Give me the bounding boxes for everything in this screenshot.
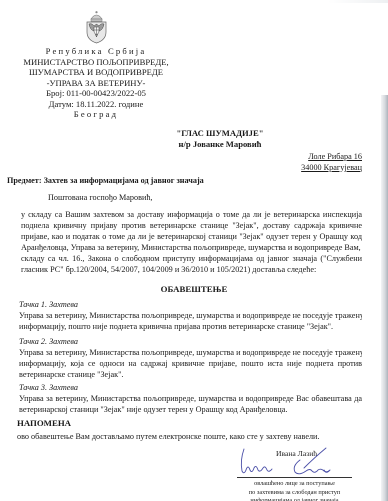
- page-edge-shadow: [381, 95, 388, 501]
- subject-line: Предмет: Захтев за информацијама од јавн…: [7, 175, 204, 186]
- directorate-name: -УПРАВА ЗА ВЕТЕРИНУ-: [0, 78, 192, 89]
- intro-line: Аранђеловца, Управа за ветерину, Министа…: [21, 242, 362, 253]
- intro-line: гласник РС" бр.120/2004, 54/2007, 104/20…: [21, 264, 362, 275]
- recipient-attention: н/р Јованке Маровић: [135, 139, 305, 149]
- point-3-body: Управа за ветерину, Министарства пољопри…: [19, 393, 362, 415]
- country-name: Република Србија: [0, 46, 192, 57]
- city-name: Београд: [0, 109, 192, 120]
- ministry-line-2: ШУМАРСТВА И ВОДОПРИВРЕДЕ: [0, 67, 192, 78]
- intro-line: пријаве, као и податак о томе да ли је в…: [21, 231, 362, 242]
- point-2-body: Управа за ветерину, Министарства пољопри…: [19, 347, 362, 380]
- point-line: ветеринарске станице "Зејак".: [19, 369, 362, 380]
- recipient-street: Лоле Рибара 16: [308, 151, 362, 162]
- note-text: ово обавештење Вам достављамо путем елек…: [17, 431, 319, 442]
- intro-line: складу са чл. 16., Закона о слободном пр…: [21, 253, 362, 264]
- salutation: Поштована госпођо Маровић,: [48, 192, 152, 203]
- point-line: Управа за ветерину, Министарства пољопри…: [19, 347, 362, 358]
- point-1-title: Тачка 1. Захтева: [19, 299, 78, 310]
- document-number: Број: 011-00-00423/2022-05: [0, 88, 192, 99]
- point-3-title: Тачка 3. Захтева: [19, 382, 78, 393]
- point-line: Управа за ветерину, Министарства пољопри…: [19, 310, 362, 321]
- intro-line: у складу са Вашим захтевом за доставу ин…: [21, 209, 362, 220]
- serbian-coat-of-arms-icon: [84, 10, 109, 44]
- note-title: НАПОМЕНА: [17, 418, 71, 428]
- page-edge-shadow-top: [328, 0, 388, 3]
- intro-line: поднела кривичну пријаву против ветерина…: [21, 220, 362, 231]
- intro-paragraph: у складу са Вашим захтевом за доставу ин…: [21, 209, 362, 275]
- point-line: информацију, пошто није поднета кривична…: [19, 321, 362, 332]
- point-line: информацију, која се односи на садржај к…: [19, 358, 362, 369]
- signatory-caption-line: информацијама од јавног значаја: [237, 497, 352, 501]
- point-2-title: Тачка 2. Захтева: [19, 336, 78, 347]
- point-1-body: Управа за ветерину, Министарства пољопри…: [19, 310, 362, 332]
- signature-line: [237, 477, 352, 478]
- handwritten-signature-icon: [238, 446, 348, 478]
- recipient-city: 34000 Крагујевац: [301, 162, 362, 173]
- recipient-name: "ГЛАС ШУМАДИЈЕ": [135, 128, 305, 138]
- notice-title: ОБАВЕШТЕЊЕ: [0, 284, 388, 294]
- document-page: Република Србија МИНИСТАРСТВО ПОЉОПРИВРЕ…: [0, 0, 388, 501]
- document-date: Датум: 18.11.2022. године: [0, 99, 192, 110]
- point-line: ветеринарској станици "Зејак" није одузе…: [19, 404, 362, 415]
- signatory-caption-line: овлашћено лице за поступање: [237, 480, 352, 489]
- signatory-caption-line: по захтевима за слободан приступ: [237, 489, 352, 498]
- ministry-line-1: МИНИСТАРСТВО ПОЉОПРИВРЕДЕ,: [0, 57, 192, 68]
- point-line: Управа за ветерину, Министарства пољопри…: [19, 393, 362, 404]
